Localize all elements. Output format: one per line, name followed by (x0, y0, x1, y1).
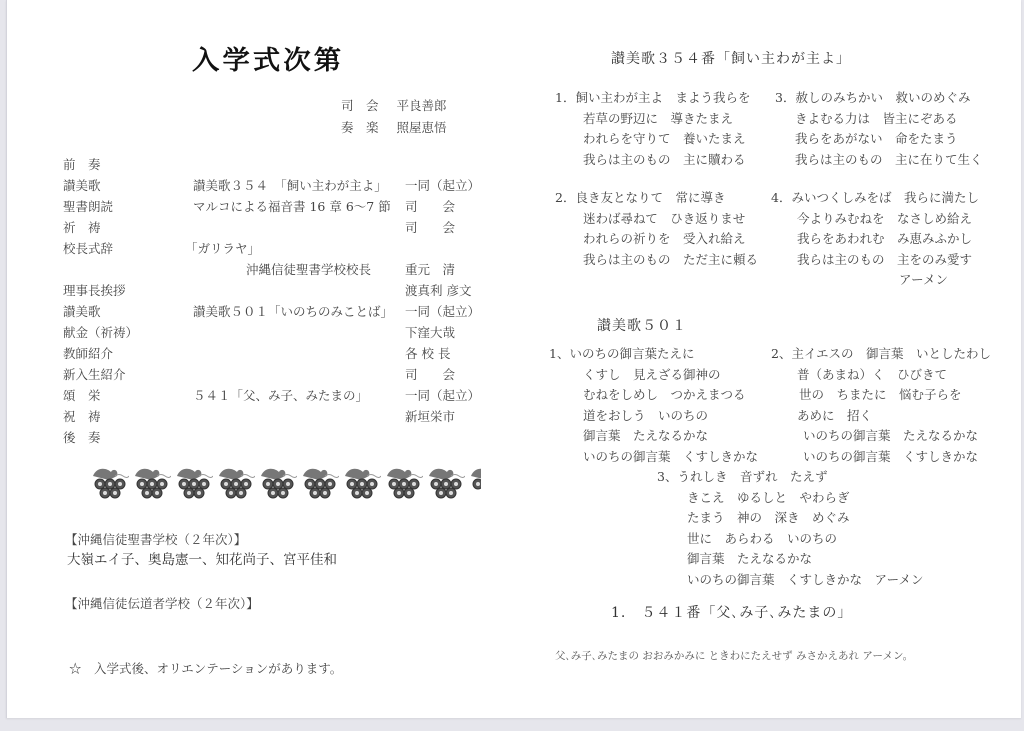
lyric-line: いのちの御言葉 くすしきかな アーメン (657, 570, 924, 591)
program-person: 重元 清 (405, 260, 455, 278)
hymn541-title: 1. ５４１番「父､み子､みたまの」 (611, 602, 852, 622)
hymn354-verse1: 1．飼い主わが主よ まよう我らを 若草の野辺に 導きたまえ われらを守りて 養い… (555, 88, 750, 170)
program-person: 司 会 (405, 197, 455, 215)
grape-cluster-icon (299, 462, 339, 502)
program-item: 讃美歌 (63, 176, 101, 194)
program-detail: 讃美歌３５４ 「飼い主わが主よ」 (193, 176, 387, 194)
document-page: 入学式次第 司 会 平良善郎 奏 楽 照屋恵悟 前 奏 讃美歌 讃美歌３５４ 「… (6, 0, 1021, 718)
school1-students: 大嶺エイ子、奥島憲一、知花尚子、宮平佳和 (67, 548, 337, 568)
program-person: 司 会 (405, 218, 455, 236)
lyric-line: 普（あまね）く ひびきて (771, 365, 991, 386)
grape-cluster-icon (341, 462, 381, 502)
hymn501-verse3: 3、うれしき 音ずれ たえず きこえ ゆるしと やわらぎ たまう 神の 深き め… (657, 467, 924, 590)
lyric-line: いのちの御言葉 くすしきかな (549, 447, 758, 468)
lyric-line: 道をおしう いのちの (549, 406, 758, 427)
program-row: 聖書朗読 マルコによる福音書 16 章 6〜7 節 司 会 (63, 197, 483, 215)
program-row: 校長式辞 「ガリラヤ」 (63, 239, 483, 257)
lyric-line: 4．みいつくしみをば 我らに満たし (771, 188, 979, 209)
program-item: 祝 祷 (63, 407, 101, 425)
grape-ornament-border (89, 462, 481, 502)
hymn354-verse2: 2．良き友となりて 常に導き 迷わば尋ねて ひき返りませ われらの祈りを 受入れ… (555, 188, 758, 270)
officiant-role: 奏 楽 (341, 120, 379, 135)
program-detail: ５４１「父、み子、みたまの」 (193, 386, 368, 404)
program-person: 一同（起立） (405, 386, 480, 404)
grape-cluster-icon (215, 462, 255, 502)
program-item: 校長式辞 (63, 239, 113, 257)
hymn501-verse2: 2、主イエスの 御言葉 いとしたわし 普（あまね）く ひびきて 世の ちまたに … (771, 344, 991, 467)
officiant-role: 司 会 (341, 98, 379, 113)
amen-text: アーメン (771, 270, 979, 291)
grape-cluster-icon (425, 462, 465, 502)
grape-cluster-icon (131, 462, 171, 502)
program-row: 教師紹介 各 校 長 (63, 344, 483, 362)
lyric-line: きよむる力は 皆主にぞある (775, 109, 983, 130)
program-detail: 沖縄信徒聖書学校校長 (246, 260, 371, 278)
program-person: 司 会 (405, 365, 455, 383)
lyric-line: 迷わば尋ねて ひき返りませ (555, 209, 758, 230)
program-person: 下窪大哉 (405, 323, 455, 341)
officiant-mc: 司 会 平良善郎 (341, 96, 447, 114)
lyric-line: 我らは主のもの 主に贖わる (555, 150, 750, 171)
program-row: 後 奏 (63, 428, 483, 446)
hymn354-verse3: 3．赦しのみちかい 救いのめぐみ きよむる力は 皆主にぞある 我らをあがない 命… (775, 88, 983, 170)
lyric-line: 我らは主のもの 主をのみ愛す (771, 250, 979, 271)
program-row: 讃美歌 讃美歌５０１「いのちのみことば」 一同（起立） (63, 302, 483, 320)
program-row: 献金（祈祷） 下窪大哉 (63, 323, 483, 341)
program-item: 新入生紹介 (63, 365, 126, 383)
lyric-line: きこえ ゆるしと やわらぎ (657, 488, 924, 509)
program-row: 沖縄信徒聖書学校校長 重元 清 (63, 260, 483, 278)
lyric-line: いのちの御言葉 たえなるかな (771, 426, 991, 447)
lyric-line: 1．飼い主わが主よ まよう我らを (555, 88, 750, 109)
program-person: 新垣栄市 (405, 407, 455, 425)
lyric-line: 2．良き友となりて 常に導き (555, 188, 758, 209)
lyric-line: あめに 招く (771, 406, 991, 427)
lyric-line: 3．赦しのみちかい 救いのめぐみ (775, 88, 983, 109)
school2-heading: 【沖縄信徒伝道者学校（２年次）】 (65, 594, 259, 612)
program-person: 一同（起立） (405, 176, 480, 194)
program-item: 献金（祈祷） (63, 323, 138, 341)
grape-cluster-icon (173, 462, 213, 502)
lyric-line: 今よりみむねを なさしめ給え (771, 209, 979, 230)
lyric-line: 我らは主のもの 主に在りて生く (775, 150, 983, 171)
orientation-note: ☆ 入学式後、オリエンテーションがあります。 (69, 659, 342, 677)
program-item: 教師紹介 (63, 344, 113, 362)
officiant-name: 照屋恵悟 (397, 120, 447, 135)
program-row: 前 奏 (63, 155, 483, 173)
page-title: 入学式次第 (192, 40, 344, 77)
hymn354-title: 讃美歌３５４番「飼い主わが主よ」 (611, 48, 851, 68)
lyric-line: 我らをあわれむ み恵みふかし (771, 229, 979, 250)
program-row: 祈 祷 司 会 (63, 218, 483, 236)
lyric-line: たまう 神の 深き めぐみ (657, 508, 924, 529)
program-row: 讃美歌 讃美歌３５４ 「飼い主わが主よ」 一同（起立） (63, 176, 483, 194)
program-item: 前 奏 (63, 155, 101, 173)
grape-cluster-icon (467, 462, 481, 502)
lyric-line: 御言葉 たえなるかな (657, 549, 924, 570)
lyric-line: 御言葉 たえなるかな (549, 426, 758, 447)
program-person: 渡真利 彦文 (405, 281, 471, 299)
lyric-line: 3、うれしき 音ずれ たえず (657, 467, 924, 488)
hymn541-lyric: 父､み子､みたまの おおみかみに ときわにたえせず みさかえあれ アーメン。 (555, 648, 913, 663)
program-item: 後 奏 (63, 428, 101, 446)
program-item: 祈 祷 (63, 218, 101, 236)
lyric-line: 我らは主のもの ただ主に頼る (555, 250, 758, 271)
officiant-music: 奏 楽 照屋恵悟 (341, 118, 447, 136)
program-row: 理事長挨拶 渡真利 彦文 (63, 281, 483, 299)
lyric-line: 世の ちまたに 悩む子らを (771, 385, 991, 406)
lyric-line: 若草の野辺に 導きたまえ (555, 109, 750, 130)
lyric-line: われらの祈りを 受入れ給え (555, 229, 758, 250)
program-person: 一同（起立） (405, 302, 480, 320)
lyric-line: くすし 見えざる御神の (549, 365, 758, 386)
lyric-line: 世に あらわる いのちの (657, 529, 924, 550)
hymn354-verse4: 4．みいつくしみをば 我らに満たし 今よりみむねを なさしめ給え 我らをあわれむ… (771, 188, 979, 291)
lyric-line: 2、主イエスの 御言葉 いとしたわし (771, 344, 991, 365)
lyric-line: 我らをあがない 命をたまう (775, 129, 983, 150)
program-item: 聖書朗読 (63, 197, 113, 215)
program-item: 讃美歌 (63, 302, 101, 320)
lyric-line: いのちの御言葉 くすしきかな (771, 447, 991, 468)
program-item: 理事長挨拶 (63, 281, 126, 299)
program-row: 祝 祷 新垣栄市 (63, 407, 483, 425)
program-row: 新入生紹介 司 会 (63, 365, 483, 383)
program-detail: マルコによる福音書 16 章 6〜7 節 (193, 197, 391, 215)
grape-cluster-icon (383, 462, 423, 502)
program-detail: 讃美歌５０１「いのちのみことば」 (193, 302, 393, 320)
program-row: 頌 栄 ５４１「父、み子、みたまの」 一同（起立） (63, 386, 483, 404)
school1-heading: 【沖縄信徒聖書学校（２年次）】 (65, 530, 246, 548)
hymn501-title: 讃美歌５０１ (597, 315, 687, 335)
lyric-line: 1、いのちの御言葉たえに (549, 344, 758, 365)
grape-cluster-icon (89, 462, 129, 502)
lyric-line: むねをしめし つかえまつる (549, 385, 758, 406)
program-detail: 「ガリラヤ」 (185, 239, 260, 257)
grape-cluster-icon (257, 462, 297, 502)
program-person: 各 校 長 (405, 344, 450, 362)
program-item: 頌 栄 (63, 386, 101, 404)
lyric-line: われらを守りて 養いたまえ (555, 129, 750, 150)
hymn501-verse1: 1、いのちの御言葉たえに くすし 見えざる御神の むねをしめし つかえまつる 道… (549, 344, 758, 467)
officiant-name: 平良善郎 (397, 98, 447, 113)
